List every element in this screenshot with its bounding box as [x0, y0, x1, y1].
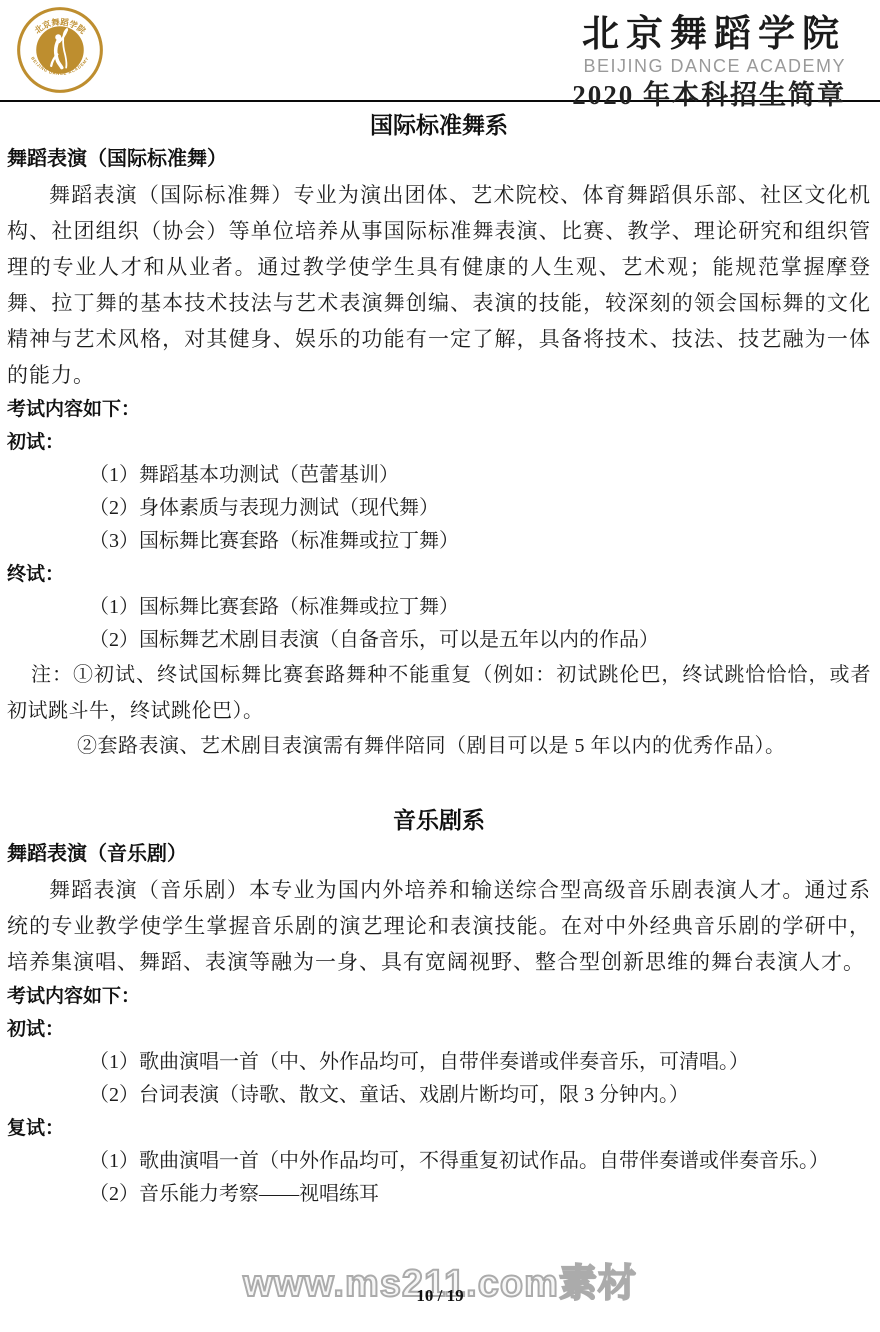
section-title: 音乐剧系: [7, 805, 871, 835]
document-body: 国际标准舞系 舞蹈表演（国际标准舞） 舞蹈表演（国际标准舞）专业为演出团体、艺术…: [0, 110, 880, 1211]
brand-name-english: BEIJING DANCE ACADEMY: [572, 57, 846, 75]
round-label-final-test: 终试：: [7, 558, 871, 591]
document-page: 北京舞蹈学院 BEIJING DANCE ACADEMY 北京舞蹈学院 BEIJ…: [0, 0, 880, 1332]
major-heading: 舞蹈表演（音乐剧）: [7, 837, 871, 871]
major-intro-paragraph: 舞蹈表演（音乐剧）本专业为国内外培养和输送综合型高级音乐剧表演人才。通过系统的专…: [7, 872, 871, 980]
round-label-first-test: 初试：: [7, 426, 871, 459]
round-label-first-test: 初试：: [7, 1013, 871, 1046]
exam-note-2: ②套路表演、艺术剧目表演需有舞伴陪同（剧目可以是 5 年以内的优秀作品）。: [7, 729, 871, 763]
exam-item: （1）国标舞比赛套路（标准舞或拉丁舞）: [7, 591, 871, 624]
exam-item: （2）台词表演（诗歌、散文、童话、戏剧片断均可，限 3 分钟内。）: [7, 1079, 871, 1112]
brochure-subtitle: 2020 年本科招生简章: [572, 82, 846, 109]
academy-seal-logo-icon: 北京舞蹈学院 BEIJING DANCE ACADEMY: [16, 6, 104, 94]
brand-name-chinese: 北京舞蹈学院: [572, 16, 846, 53]
page-number: 10 / 19: [0, 1286, 880, 1306]
page-header: 北京舞蹈学院 BEIJING DANCE ACADEMY 北京舞蹈学院 BEIJ…: [0, 0, 880, 100]
exam-item: （1）歌曲演唱一首（中、外作品均可，自带伴奏谱或伴奏音乐，可清唱。）: [7, 1046, 871, 1079]
exam-item: （1）歌曲演唱一首（中外作品均可，不得重复初试作品。自带伴奏谱或伴奏音乐。）: [7, 1145, 871, 1178]
section-title: 国际标准舞系: [7, 110, 871, 140]
exam-note-1: 注：①初试、终试国标舞比赛套路舞种不能重复（例如：初试跳伦巴，终试跳恰恰恰，或者…: [7, 657, 871, 729]
major-heading: 舞蹈表演（国际标准舞）: [7, 142, 871, 176]
exam-item: （2）音乐能力考察——视唱练耳: [7, 1178, 871, 1211]
exam-item: （2）身体素质与表现力测试（现代舞）: [7, 492, 871, 525]
major-intro-paragraph: 舞蹈表演（国际标准舞）专业为演出团体、艺术院校、体育舞蹈俱乐部、社区文化机构、社…: [7, 177, 871, 393]
exam-content-label: 考试内容如下：: [7, 393, 871, 426]
section-musical-theatre: 音乐剧系 舞蹈表演（音乐剧） 舞蹈表演（音乐剧）本专业为国内外培养和输送综合型高…: [7, 805, 871, 1211]
round-label-retest: 复试：: [7, 1112, 871, 1145]
section-international-standard-dance: 国际标准舞系 舞蹈表演（国际标准舞） 舞蹈表演（国际标准舞）专业为演出团体、艺术…: [7, 110, 871, 763]
exam-item: （1）舞蹈基本功测试（芭蕾基训）: [7, 459, 871, 492]
exam-content-label: 考试内容如下：: [7, 980, 871, 1013]
exam-item: （3）国标舞比赛套路（标准舞或拉丁舞）: [7, 525, 871, 558]
exam-item: （2）国标舞艺术剧目表演（自备音乐，可以是五年以内的作品）: [7, 624, 871, 657]
header-brand-block: 北京舞蹈学院 BEIJING DANCE ACADEMY 2020 年本科招生简…: [572, 16, 846, 109]
